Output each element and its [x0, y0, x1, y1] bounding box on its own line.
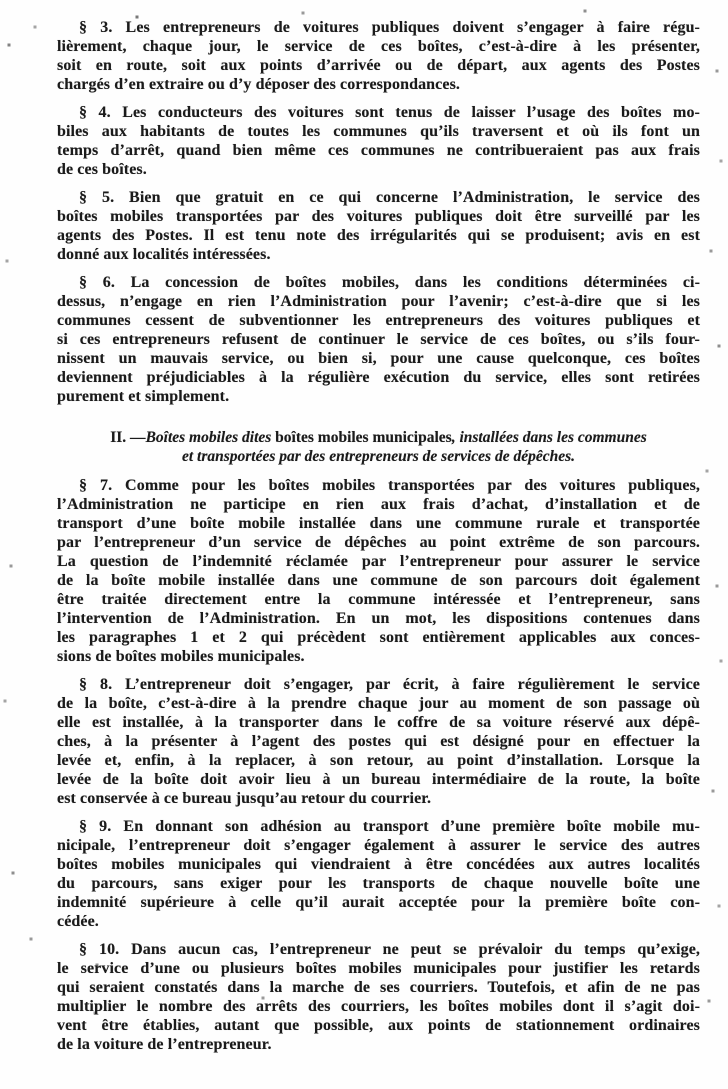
section-heading-line-1: II. —Boîtes mobiles dites boîtes mobiles…	[57, 428, 700, 447]
text-line: de la boîte mobile installée dans une co…	[57, 571, 700, 590]
text-line: est conservée à ce bureau jusqu’au retou…	[57, 789, 700, 808]
paragraph-7: § 7. Comme pour les boîtes mobiles trans…	[57, 476, 700, 666]
text-line: temps d’arrêt, quand bien même ces commu…	[57, 141, 700, 160]
text-line: § 10. Dans aucun cas, l’entrepreneur ne …	[57, 940, 700, 959]
text-line: l’Administration ne participe en rien au…	[57, 495, 700, 514]
scan-noise-speckles	[0, 0, 2, 2]
heading-segment-italic-2: , installées dans les communes	[452, 429, 647, 446]
text-line: § 8. L’entrepreneur doit s’engager, par …	[57, 675, 700, 694]
text-line: donné aux localités intéressées.	[57, 245, 700, 264]
paragraph-9: § 9. En donnant son adhésion au transpor…	[57, 817, 700, 931]
section-heading-line-2: et transportées par des entrepreneurs de…	[57, 447, 700, 466]
text-line: être traitée directement entre la commun…	[57, 590, 700, 609]
text-line: nicipale, l’entrepreneur doit s’engager …	[57, 836, 700, 855]
text-line: de la boîte, c’est-à-dire à la prendre c…	[57, 694, 700, 713]
paragraph-8: § 8. L’entrepreneur doit s’engager, par …	[57, 675, 700, 808]
paragraph-6: § 6. La concession de boîtes mobiles, da…	[57, 273, 700, 406]
text-line: sions de boîtes mobiles municipales.	[57, 647, 700, 666]
text-line: dessus, n’engage en rien l’Administratio…	[57, 292, 700, 311]
heading-segment-roman: boîtes mobiles municipales	[275, 429, 452, 446]
document-page: § 3. Les entrepreneurs de voitures publi…	[0, 0, 728, 1089]
text-line: cédée.	[57, 912, 700, 931]
text-line: § 3. Les entrepreneurs de voitures publi…	[57, 18, 700, 37]
heading-segment-numeral: II. —	[110, 429, 145, 446]
text-line: de ces boîtes.	[57, 160, 700, 179]
text-line: deviennent préjudiciables à la régulière…	[57, 368, 700, 387]
text-line: levée de la boîte doit avoir lieu à un b…	[57, 770, 700, 789]
text-line: biles aux habitants de toutes les commun…	[57, 122, 700, 141]
text-line: chargés d’en extraire ou d’y déposer des…	[57, 75, 700, 94]
paragraph-3: § 3. Les entrepreneurs de voitures publi…	[57, 18, 700, 94]
section-heading: II. —Boîtes mobiles dites boîtes mobiles…	[57, 428, 700, 466]
text-line: elle est installée, à la transporter dan…	[57, 713, 700, 732]
text-line: indemnité supérieure à celle qu’il aurai…	[57, 893, 700, 912]
text-line: le service d’une ou plusieurs boîtes mob…	[57, 959, 700, 978]
text-line: lièrement, chaque jour, le service de ce…	[57, 37, 700, 56]
text-line: § 4. Les conducteurs des voitures sont t…	[57, 103, 700, 122]
text-line: transport d’une boîte mobile installée d…	[57, 514, 700, 533]
text-block: § 3. Les entrepreneurs de voitures publi…	[57, 18, 700, 1054]
text-line: levée et, enfin, à la replacer, à son re…	[57, 751, 700, 770]
paragraph-4: § 4. Les conducteurs des voitures sont t…	[57, 103, 700, 179]
text-line: § 5. Bien que gratuit en ce qui concerne…	[57, 188, 700, 207]
text-line: § 9. En donnant son adhésion au transpor…	[57, 817, 700, 836]
text-line: multiplier le nombre des arrêts des cour…	[57, 997, 700, 1016]
text-line: purement et simplement.	[57, 387, 700, 406]
text-line: par l’entrepreneur d’un service de dépêc…	[57, 533, 700, 552]
text-line: qui seraient constatés dans la marche de…	[57, 978, 700, 997]
text-line: § 6. La concession de boîtes mobiles, da…	[57, 273, 700, 292]
text-line: nissent un mauvais service, ou bien si, …	[57, 349, 700, 368]
text-line: agents des Postes. Il est tenu note des …	[57, 226, 700, 245]
text-line: ches, à la présenter à l’agent des poste…	[57, 732, 700, 751]
text-line: si ces entrepreneurs refusent de continu…	[57, 330, 700, 349]
text-line: vent être établies, autant que possible,…	[57, 1016, 700, 1035]
text-line: de la voiture de l’entrepreneur.	[57, 1035, 700, 1054]
text-line: La question de l’indemnité réclamée par …	[57, 552, 700, 571]
text-line: communes cessent de subventionner les en…	[57, 311, 700, 330]
heading-segment-italic-1: Boîtes mobiles dites	[146, 429, 276, 446]
text-line: § 7. Comme pour les boîtes mobiles trans…	[57, 476, 700, 495]
text-line: l’intervention de l’Administration. En u…	[57, 609, 700, 628]
text-line: les paragraphes 1 et 2 qui précèdent son…	[57, 628, 700, 647]
paragraph-5: § 5. Bien que gratuit en ce qui concerne…	[57, 188, 700, 264]
paragraph-10: § 10. Dans aucun cas, l’entrepreneur ne …	[57, 940, 700, 1054]
text-line: du parcours, sans exiger pour les transp…	[57, 874, 700, 893]
text-line: boîtes mobiles transportées par des voit…	[57, 207, 700, 226]
text-line: boîtes mobiles municipales qui viendraie…	[57, 855, 700, 874]
text-line: soit en route, soit aux points d’arrivée…	[57, 56, 700, 75]
